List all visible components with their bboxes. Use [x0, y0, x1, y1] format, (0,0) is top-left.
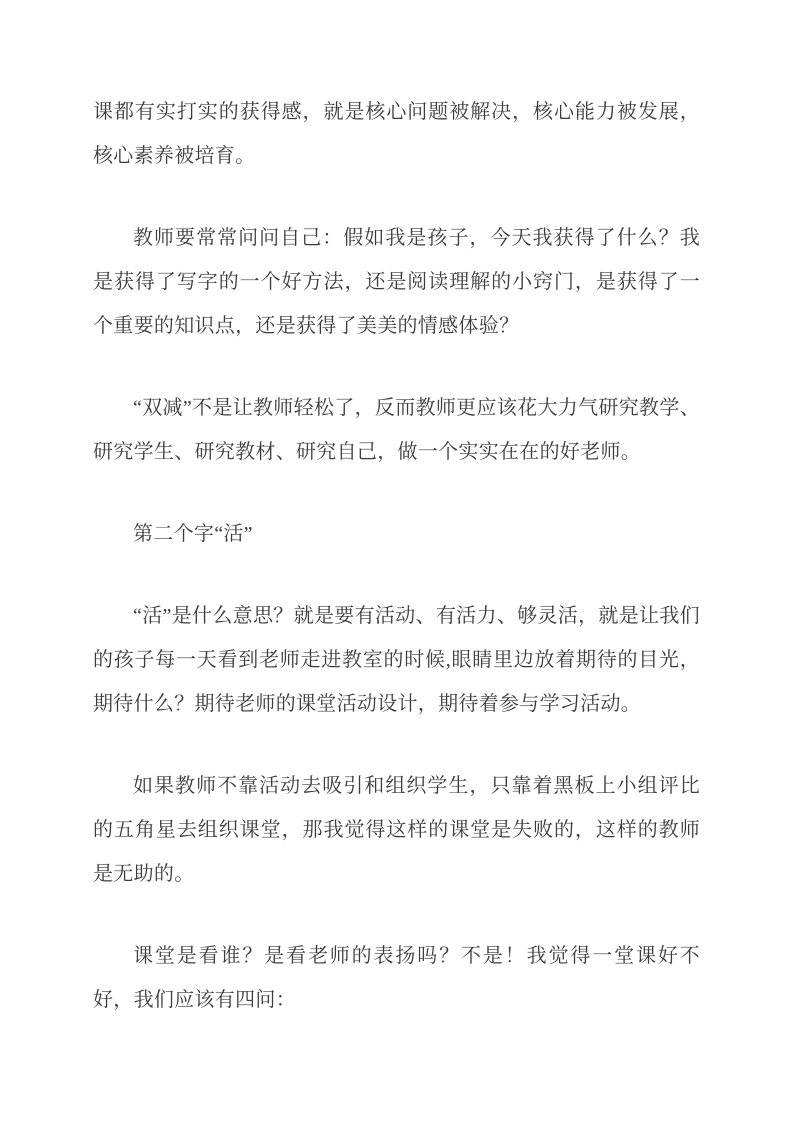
paragraph: 教师要常常问问自己：假如我是孩子，今天我获得了什么？我是获得了写字的一个好方法，…	[93, 216, 700, 348]
paragraph: 如果教师不靠活动去吸引和组织学生，只靠着黑板上小组评比的五角星去组织课堂，那我觉…	[93, 764, 700, 896]
paragraph: “活”是什么意思？就是要有活动、有活力、够灵活，就是让我们的孩子每一天看到老师走…	[93, 594, 700, 726]
paragraph: “双减”不是让教师轻松了，反而教师更应该花大力气研究教学、研究学生、研究教材、研…	[93, 386, 700, 474]
document-page: 课都有实打实的获得感，就是核心问题被解决，核心能力被发展，核心素养被培育。 教师…	[0, 0, 793, 1122]
paragraph-continuation: 课都有实打实的获得感，就是核心问题被解决，核心能力被发展，核心素养被培育。	[93, 90, 700, 178]
paragraph: 课堂是看谁？是看老师的表扬吗？不是！我觉得一堂课好不好，我们应该有四问：	[93, 934, 700, 1022]
paragraph-section-heading: 第二个字“活”	[93, 512, 700, 556]
